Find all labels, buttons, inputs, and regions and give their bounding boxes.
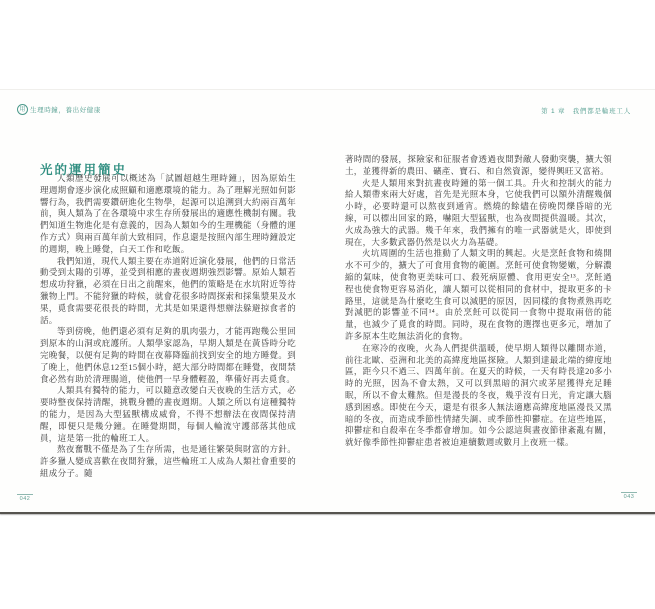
left-page-text-block: 人類歷史發展可以概述為「試圖超越生理時鐘」，因為原始生理週期會逐步演化成照顧和適… bbox=[40, 173, 296, 480]
right-page-text-block: 著時間的發展，探險家和征服者會透過夜間對敵人發動突襲，擴大領土，並獲得新的農田、… bbox=[345, 154, 612, 449]
running-head-chapter: 第 1 章 我們都是輪班工人 bbox=[541, 106, 631, 115]
book-logo-circle-icon: 用 bbox=[17, 104, 28, 115]
paragraph: 人類具有獨特的能力，可以隨意改變白天夜晚的生活方式，必要時整夜保持清醒，挑戰身體… bbox=[40, 385, 296, 444]
running-head-title-text: 生理時鐘，養出好健康 bbox=[30, 105, 101, 114]
paragraph: 火坑周圍的生活也推動了人類文明的興起。火是烹飪食物和燒開水不可少的，擴大了可食用… bbox=[345, 248, 612, 342]
paragraph: 在寒冷的夜晚，火為人們提供溫暖，使早期人類得以離開赤道，前往北歐、亞洲和北美的高… bbox=[345, 343, 612, 449]
paragraph: 我們知道，現代人類主要在赤道附近演化發展，他們的日常活動受到太陽的引導，並受到相… bbox=[40, 256, 296, 327]
page-number-right: 043 bbox=[621, 492, 637, 500]
paragraph: 人類歷史發展可以概述為「試圖超越生理時鐘」，因為原始生理週期會逐步演化成照顧和適… bbox=[40, 173, 296, 256]
page-bottom-edge-divider bbox=[0, 512, 655, 514]
paragraph: 熬夜奮戰不僅是為了生存所需，也是通往繁榮與財富的方針。許多獵人變成喜歡在夜間狩獵… bbox=[40, 444, 296, 479]
running-head-book-title: 用 生理時鐘，養出好健康 bbox=[17, 104, 101, 115]
book-pages: 用 生理時鐘，養出好健康 第 1 章 我們都是輪班工人 光的運用簡史 人類歷史發… bbox=[0, 89, 655, 513]
page-number-left: 042 bbox=[17, 494, 33, 502]
book-spread-photo: 用 生理時鐘，養出好健康 第 1 章 我們都是輪班工人 光的運用簡史 人類歷史發… bbox=[0, 0, 655, 609]
paragraph: 等到傍晚，他們還必須有足夠的肌肉張力，才能再跑幾公里回到原本的山洞或庇護所。人類… bbox=[40, 326, 296, 385]
paragraph: 火是人類用來對抗晝夜時鐘的第一個工具。升火和控制火的能力給人類帶來兩大好處，首先… bbox=[345, 178, 612, 249]
paragraph: 著時間的發展，探險家和征服者會透過夜間對敵人發動突襲，擴大領土，並獲得新的農田、… bbox=[345, 154, 612, 178]
